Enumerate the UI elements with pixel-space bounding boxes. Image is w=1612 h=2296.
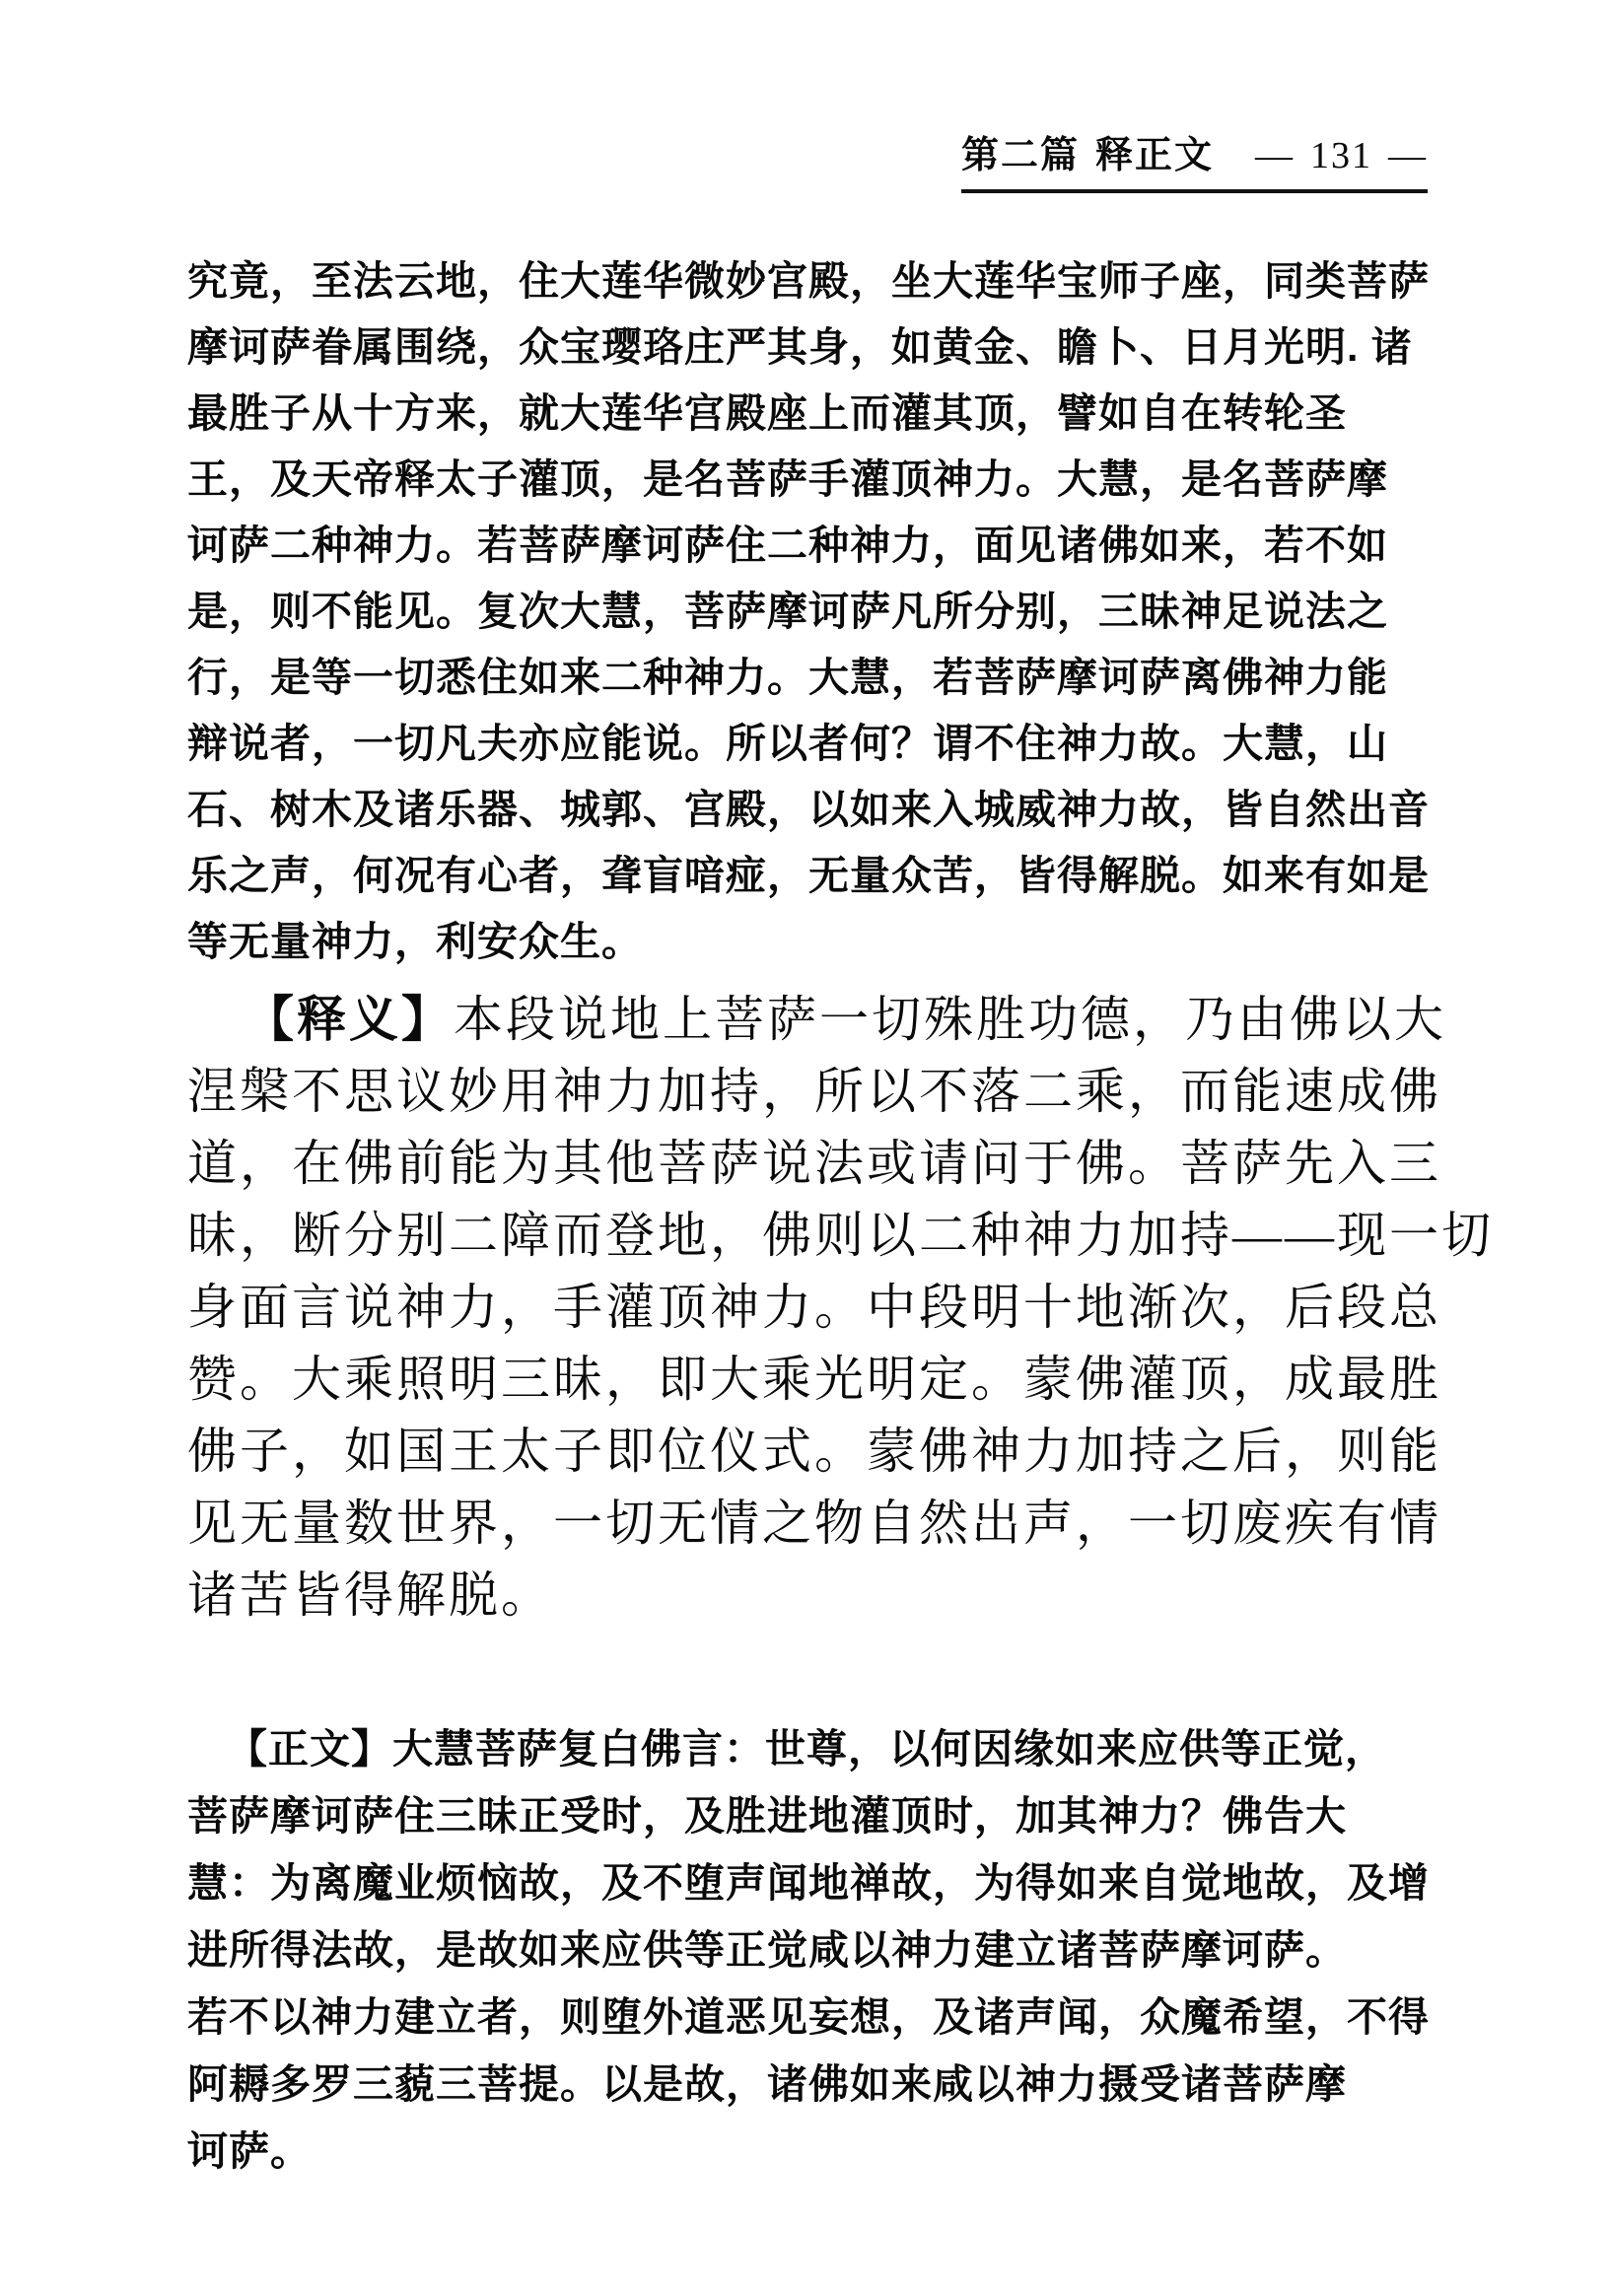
text-line: 究竟，至法云地，住大莲华微妙宫殿，坐大莲华宝师子座，同类菩萨: [187, 248, 1420, 314]
text-line: 涅槃不思议妙用神力加持，所以不落二乘，而能速成佛: [187, 1056, 1420, 1128]
text-line: 最胜子从十方来，就大莲华宫殿座上而灌其顶，譬如自在转轮圣: [187, 381, 1420, 447]
running-head: 第二篇释正文—131—: [961, 134, 1428, 193]
text-line: 【释义】本段说地上菩萨一切殊胜功德，乃由佛以大: [187, 984, 1420, 1056]
sutra-line-text: 大慧菩萨复白佛言：世尊，以何因缘如来应供等正觉，: [392, 1726, 1386, 1772]
text-line: 辩说者，一切凡夫亦应能说。所以者何？谓不住神力故。大慧，山: [187, 711, 1420, 777]
page-number: 131: [1310, 135, 1372, 176]
text-line: 慧：为离魔业烦恼故，及不堕声闻地禅故，为得如来自觉地故，及增: [187, 1849, 1420, 1916]
text-line: 王，及天帝释太子灌顶，是名菩萨手灌顶神力。大慧，是名菩萨摩: [187, 447, 1420, 513]
page-number-dash-right: —: [1388, 135, 1428, 176]
text-line: 行，是等一切悉住如来二种神力。大慧，若菩萨摩诃萨离佛神力能: [187, 645, 1420, 711]
sutra-continuation-block: 究竟，至法云地，住大莲华微妙宫殿，坐大莲华宝师子座，同类菩萨 摩诃萨眷属围绕，众…: [187, 248, 1420, 975]
text-line: 若不以神力建立者，则堕外道恶见妄想，及诸声闻，众魔希望，不得: [187, 1983, 1420, 2051]
text-line: 阿耨多罗三藐三菩提。以是故，诸佛如来咸以神力摄受诸菩萨摩: [187, 2051, 1420, 2118]
page-number-dash-left: —: [1255, 135, 1295, 176]
text-line: 摩诃萨眷属围绕，众宝璎珞庄严其身，如黄金、瞻卜、日月光明. 诸: [187, 314, 1420, 381]
running-head-section: 第二篇: [961, 135, 1080, 176]
text-line: 【正文】大慧菩萨复白佛言：世尊，以何因缘如来应供等正觉，: [187, 1715, 1420, 1782]
text-line: 诃萨。: [187, 2118, 1420, 2185]
text-line: 昧，断分别二障而登地，佛则以二种神力加持——现一切: [187, 1200, 1420, 1272]
sutra-main-block: 【正文】大慧菩萨复白佛言：世尊，以何因缘如来应供等正觉， 菩萨摩诃萨住三昧正受时…: [187, 1715, 1420, 2185]
text-line: 菩萨摩诃萨住三昧正受时，及胜进地灌顶时，加其神力？佛告大: [187, 1782, 1420, 1849]
commentary-block: 【释义】本段说地上菩萨一切殊胜功德，乃由佛以大 涅槃不思议妙用神力加持，所以不落…: [187, 984, 1420, 1632]
text-line: 是，则不能见。复次大慧，菩萨摩诃萨凡所分别，三昧神足说法之: [187, 579, 1420, 645]
text-line: 进所得法故，是故如来应供等正觉咸以神力建立诸菩萨摩诃萨。: [187, 1916, 1420, 1983]
text-line: 佛子，如国王太子即位仪式。蒙佛神力加持之后，则能: [187, 1416, 1420, 1488]
running-head-title: 释正文: [1095, 135, 1214, 176]
commentary-line-text: 本段说地上菩萨一切殊胜功德，乃由佛以大: [454, 992, 1446, 1047]
sutra-label: 【正文】: [227, 1726, 392, 1772]
text-line: 身面言说神力，手灌顶神力。中段明十地渐次，后段总: [187, 1272, 1420, 1344]
book-page: 第二篇释正文—131— 究竟，至法云地，住大莲华微妙宫殿，坐大莲华宝师子座，同类…: [0, 0, 1612, 2296]
text-line: 诃萨二种神力。若菩萨摩诃萨住二种神力，面见诸佛如来，若不如: [187, 513, 1420, 579]
text-line: 诸苦皆得解脱。: [187, 1560, 1420, 1632]
text-line: 乐之声，何况有心者，聋盲喑痖，无量众苦，皆得解脱。如来有如是: [187, 843, 1420, 909]
text-line: 石、树木及诸乐器、城郭、宫殿，以如来入城威神力故，皆自然出音: [187, 777, 1420, 843]
commentary-label: 【释义】: [245, 992, 454, 1047]
text-line: 见无量数世界，一切无情之物自然出声，一切废疾有情: [187, 1488, 1420, 1560]
text-line: 道，在佛前能为其他菩萨说法或请问于佛。菩萨先入三: [187, 1128, 1420, 1200]
text-line: 等无量神力，利安众生。: [187, 909, 1420, 975]
text-line: 赞。大乘照明三昧，即大乘光明定。蒙佛灌顶，成最胜: [187, 1344, 1420, 1416]
